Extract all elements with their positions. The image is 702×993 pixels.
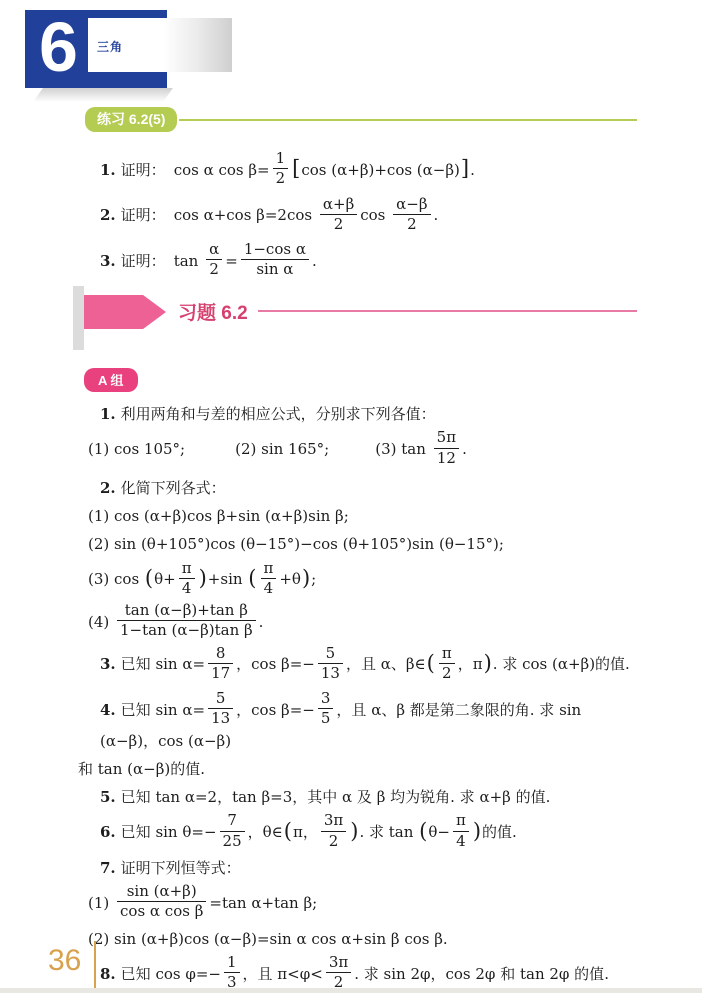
problem-number: 7. [100, 859, 116, 877]
formula: tan α2=1−cos αsin α. [174, 252, 317, 270]
problem-text: 化简下列各式： [121, 479, 226, 497]
problem-number: 6. [100, 823, 116, 841]
problem-2-sub3: (3) cos (θ+π4)+sin (π4+θ); [88, 562, 640, 600]
item-lead: 证明： [121, 206, 166, 224]
item-number: 3. [100, 252, 116, 270]
practice-rule [179, 119, 637, 121]
page-bottom-edge [0, 988, 702, 993]
formula: (1) cos (α+β)cos β+sin (α+β)sin β; [88, 507, 349, 525]
item-number: 1. [100, 161, 116, 179]
problem-list: 1.利用两角和与差的相应公式，分别求下列各值： (1) cos 105°;(2)… [78, 398, 640, 993]
exercise-header: 习题 6.2 [0, 286, 702, 350]
chapter-title: 三角 [97, 38, 123, 55]
formula: (4) tan (α−β)+tan β1−tan (α−β)tan β. [88, 613, 263, 631]
problem-3: 3.已知 sin α=817，cos β=−513，且 α、β∈(π2，π). … [100, 647, 640, 685]
formula: (1) cos 105°;(2) sin 165°;(3) tan 5π12. [88, 440, 467, 458]
formula: 和 tan (α−β)的值. [78, 760, 205, 778]
problem-text: 证明下列恒等式： [121, 859, 241, 877]
exercise-rule [258, 310, 637, 312]
problem-4: 4.已知 sin α=513，cos β=−35，且 α、β 都是第二象限的角.… [100, 692, 640, 753]
problem-number: 8. [100, 965, 116, 983]
problem-2-sub4: (4) tan (α−β)+tan β1−tan (α−β)tan β. [88, 604, 640, 642]
practice-label-pill: 练习 6.2(5) [85, 107, 177, 132]
formula: cos α+cos β=2cos α+β2cos α−β2. [174, 206, 439, 224]
practice-list: 1.证明：cos α cos β=12[cos (α+β)+cos (α−β)]… [78, 140, 638, 286]
chapter-number: 6 [39, 2, 78, 93]
problem-2-sub2: (2) sin (θ+105°)cos (θ−15°)−cos (θ+105°)… [88, 533, 640, 556]
exercise-title: 习题 6.2 [178, 298, 248, 325]
formula: 已知 sin α=817，cos β=−513，且 α、β∈(π2，π). 求 … [121, 655, 630, 673]
formula: cos α cos β=12[cos (α+β)+cos (α−β)]. [174, 161, 475, 179]
formula: (3) cos (θ+π4)+sin (π4+θ); [88, 570, 316, 588]
formula: (1) sin (α+β)cos α cos β=tan α+tan β; [88, 894, 317, 912]
problem-number: 5. [100, 788, 116, 806]
item-number: 2. [100, 206, 116, 224]
header-gray-bar [73, 286, 84, 350]
group-a-pill: A 组 [84, 368, 138, 392]
formula: (2) sin (α+β)cos (α−β)=sin α cos α+sin β… [88, 930, 448, 948]
formula: 已知 sin α=513，cos β=−35，且 α、β 都是第二象限的角. 求… [100, 701, 581, 750]
practice-item: 1.证明：cos α cos β=12[cos (α+β)+cos (α−β)]… [100, 152, 638, 190]
problem-number: 3. [100, 655, 116, 673]
problem-2-head: 2.化简下列各式： [100, 477, 640, 500]
formula: 已知 cos φ=−13，且 π<φ<3π2. 求 sin 2φ，cos 2φ … [121, 965, 609, 983]
practice-item: 3.证明：tan α2=1−cos αsin α. [100, 243, 638, 281]
problem-7-sub2: (2) sin (α+β)cos (α−β)=sin α cos α+sin β… [88, 928, 640, 951]
problem-5: 5.已知 tan α=2，tan β=3，其中 α 及 β 均为锐角. 求 α+… [100, 786, 640, 809]
problem-1-items: (1) cos 105°;(2) sin 165°;(3) tan 5π12. [88, 431, 640, 469]
problem-number: 2. [100, 479, 116, 497]
chapter-banner: 6 三角 [25, 10, 167, 88]
problem-4-continuation: 和 tan (α−β)的值. [78, 758, 640, 781]
page-number: 36 [48, 944, 81, 978]
chapter-title-panel: 三角 [88, 18, 232, 72]
formula: 已知 tan α=2，tan β=3，其中 α 及 β 均为锐角. 求 α+β … [121, 788, 551, 806]
problem-2-sub1: (1) cos (α+β)cos β+sin (α+β)sin β; [88, 505, 640, 528]
practice-header: 练习 6.2(5) [85, 107, 637, 132]
footer-rule [94, 941, 96, 993]
problem-6: 6.已知 sin θ=−725，θ∈(π，3π2). 求 tan (θ−π4)的… [100, 814, 640, 852]
problem-number: 1. [100, 405, 116, 423]
item-lead: 证明： [121, 161, 166, 179]
textbook-page: 6 三角 练习 6.2(5) 1.证明：cos α cos β=12[cos (… [0, 0, 702, 993]
practice-item: 2.证明：cos α+cos β=2cos α+β2cos α−β2. [100, 198, 638, 236]
problem-7-head: 7.证明下列恒等式： [100, 857, 640, 880]
formula: 已知 sin θ=−725，θ∈(π，3π2). 求 tan (θ−π4)的值. [121, 823, 517, 841]
problem-text: 利用两角和与差的相应公式，分别求下列各值： [121, 405, 436, 423]
item-lead: 证明： [121, 252, 166, 270]
formula: (2) sin (θ+105°)cos (θ−15°)−cos (θ+105°)… [88, 535, 504, 553]
problem-number: 4. [100, 701, 116, 719]
problem-7-sub1: (1) sin (α+β)cos α cos β=tan α+tan β; [88, 885, 640, 923]
problem-1-head: 1.利用两角和与差的相应公式，分别求下列各值： [100, 403, 640, 426]
arrow-icon [84, 295, 166, 329]
